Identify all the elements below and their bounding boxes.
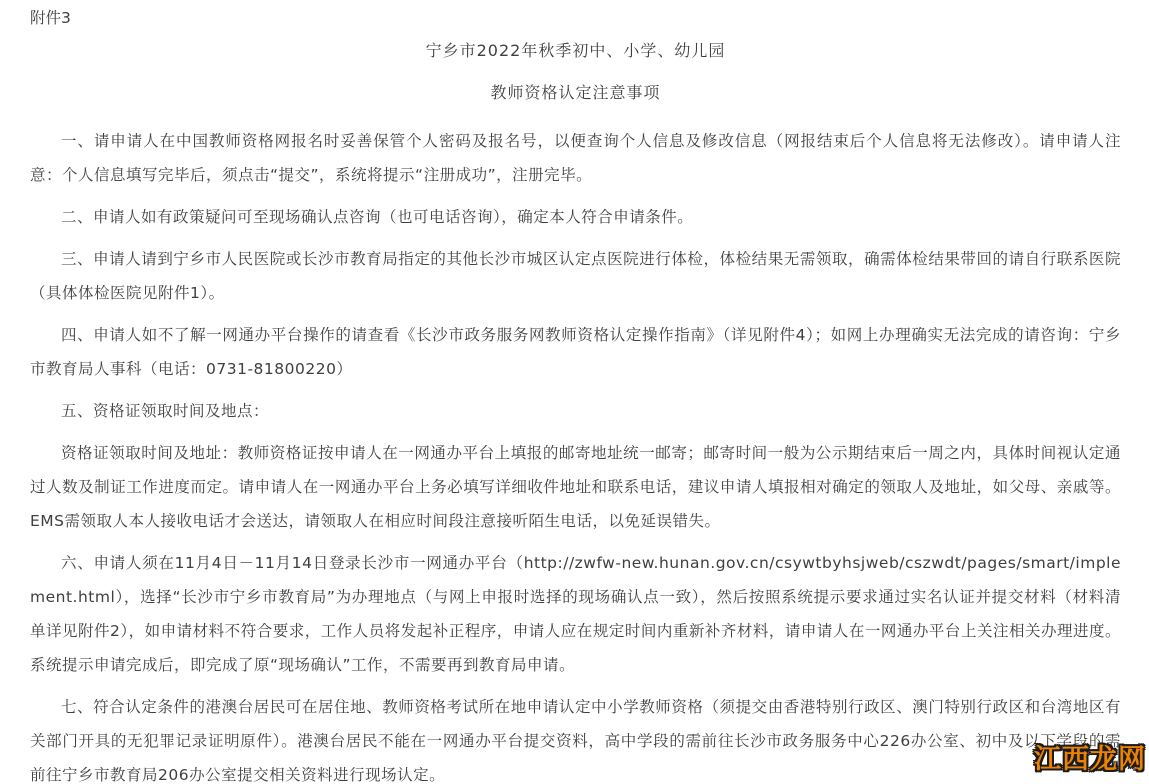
- paragraph-6-mailing-details: 资格证领取时间及地址：教师资格证按申请人在一网通办平台上填报的邮寄地址统一邮寄；…: [30, 436, 1121, 538]
- site-watermark: 江西龙网: [1034, 737, 1146, 776]
- document-title-line1: 宁乡市2022年秋季初中、小学、幼儿园: [30, 30, 1121, 72]
- paragraph-2-policy-questions: 二、申请人如有政策疑问可至现场确认点咨询（也可电话咨询），确定本人符合申请条件。: [30, 200, 1121, 234]
- paragraph-5-certificate-pickup-heading: 五、资格证领取时间及地点：: [30, 394, 1121, 428]
- document-page: 附件3 宁乡市2022年秋季初中、小学、幼儿园 教师资格认定注意事项 一、请申请…: [0, 0, 1149, 784]
- paragraph-3-medical-exam: 三、申请人请到宁乡市人民医院或长沙市教育局指定的其他长沙市城区认定点医院进行体检…: [30, 242, 1121, 310]
- paragraph-4-platform-guide: 四、申请人如不了解一网通办平台操作的请查看《长沙市政务服务网教师资格认定操作指南…: [30, 318, 1121, 386]
- paragraph-7-online-application: 六、申请人须在11月4日－11月14日登录长沙市一网通办平台（http://zw…: [30, 546, 1121, 682]
- document-body: 一、请申请人在中国教师资格网报名时妥善保管个人密码及报名号，以便查询个人信息及修…: [30, 124, 1121, 784]
- paragraph-8-hk-macao-taiwan: 七、符合认定条件的港澳台居民可在居住地、教师资格考试所在地申请认定中小学教师资格…: [30, 690, 1121, 784]
- paragraph-1-password-notice: 一、请申请人在中国教师资格网报名时妥善保管个人密码及报名号，以便查询个人信息及修…: [30, 124, 1121, 192]
- attachment-label: 附件3: [30, 6, 1121, 30]
- document-title-line2: 教师资格认定注意事项: [30, 72, 1121, 114]
